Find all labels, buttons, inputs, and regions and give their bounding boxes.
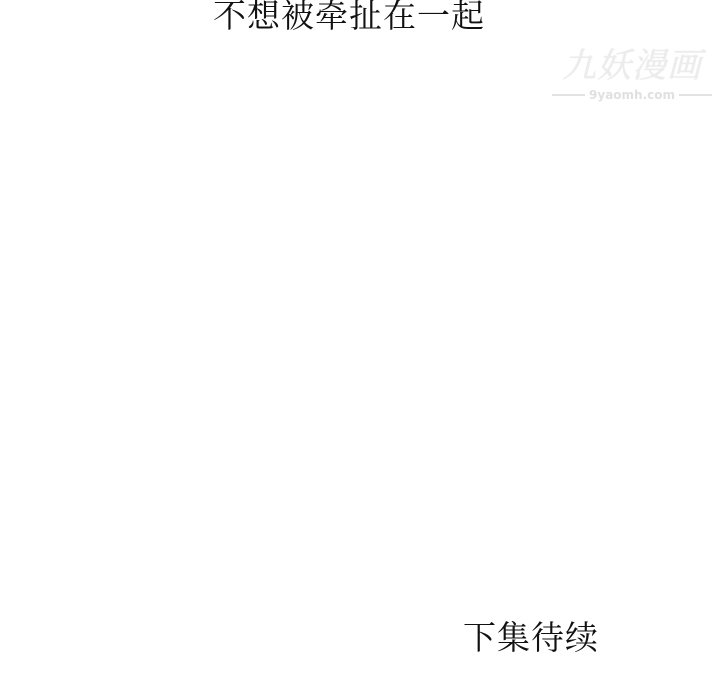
watermark: 九妖漫画 9yaomh.com [552, 46, 712, 102]
watermark-title: 九妖漫画 [552, 46, 712, 86]
watermark-url: 9yaomh.com [589, 88, 675, 102]
watermark-url-row: 9yaomh.com [552, 88, 712, 102]
caption-top: 不想被牵扯在一起 [213, 0, 523, 38]
watermark-divider-left [552, 94, 585, 96]
caption-to-be-continued: 下集待续 [463, 616, 599, 660]
watermark-divider-right [679, 94, 712, 96]
